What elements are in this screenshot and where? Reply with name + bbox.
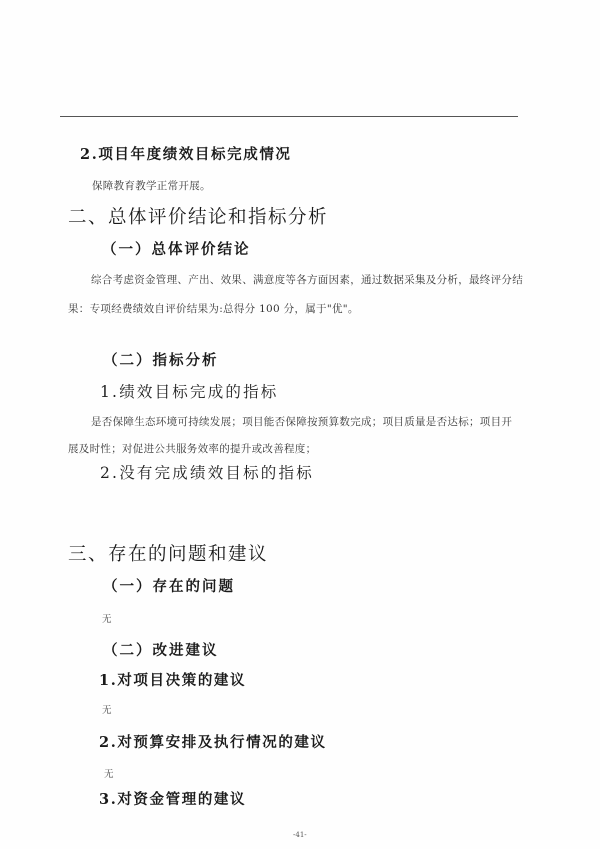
heading-budget-execution-suggestion: 2.对预算安排及执行情况的建议 (99, 731, 327, 752)
heading-overall-evaluation-conclusion: （一）总体评价结论 (102, 238, 251, 259)
header-rule (60, 116, 518, 117)
paragraph-overall-evaluation-line-2: 果：专项经费绩效自评价结果为:总得分 100 分，属于"优"。 (68, 301, 359, 316)
page-number: -41- (293, 831, 307, 839)
paragraph-completed-indicators-line-1: 是否保障生态环境可持续发展；项目能否保障按预算数完成；项目质量是否达标；项目开 (91, 414, 512, 429)
heading-section-2-overall-evaluation: 二、总体评价结论和指标分析 (68, 203, 328, 229)
heading-uncompleted-performance-indicators: 2.没有完成绩效目标的指标 (100, 461, 314, 483)
paragraph-completed-indicators-line-2: 展及时性；对促进公共服务效率的提升或改善程度； (68, 441, 316, 456)
heading-existing-problems: （一）存在的问题 (103, 575, 235, 596)
paragraph-project-decision-suggestion: 无 (102, 702, 112, 716)
heading-section-3-problems-and-suggestions: 三、存在的问题和建议 (68, 540, 268, 566)
paragraph-budget-execution-suggestion: 无 (104, 766, 114, 780)
heading-improvement-suggestions: （二）改进建议 (103, 639, 219, 660)
heading-project-decision-suggestion: 1.对项目决策的建议 (99, 669, 246, 690)
heading-indicator-analysis: （二）指标分析 (103, 349, 219, 370)
paragraph-existing-problems: 无 (102, 611, 112, 625)
document-page: 2.项目年度绩效目标完成情况 保障教育教学正常开展。 二、总体评价结论和指标分析… (0, 0, 600, 849)
heading-annual-performance-goal-completion: 2.项目年度绩效目标完成情况 (80, 143, 292, 164)
paragraph-overall-evaluation-line-1: 综合考虑资金管理、产出、效果、满意度等各方面因素，通过数据采集及分析，最终评分结 (91, 272, 523, 287)
heading-fund-management-suggestion: 3.对资金管理的建议 (99, 788, 246, 809)
paragraph-annual-performance-goal-completion: 保障教育教学正常开展。 (92, 178, 211, 193)
heading-completed-performance-indicators: 1.绩效目标完成的指标 (100, 380, 279, 402)
